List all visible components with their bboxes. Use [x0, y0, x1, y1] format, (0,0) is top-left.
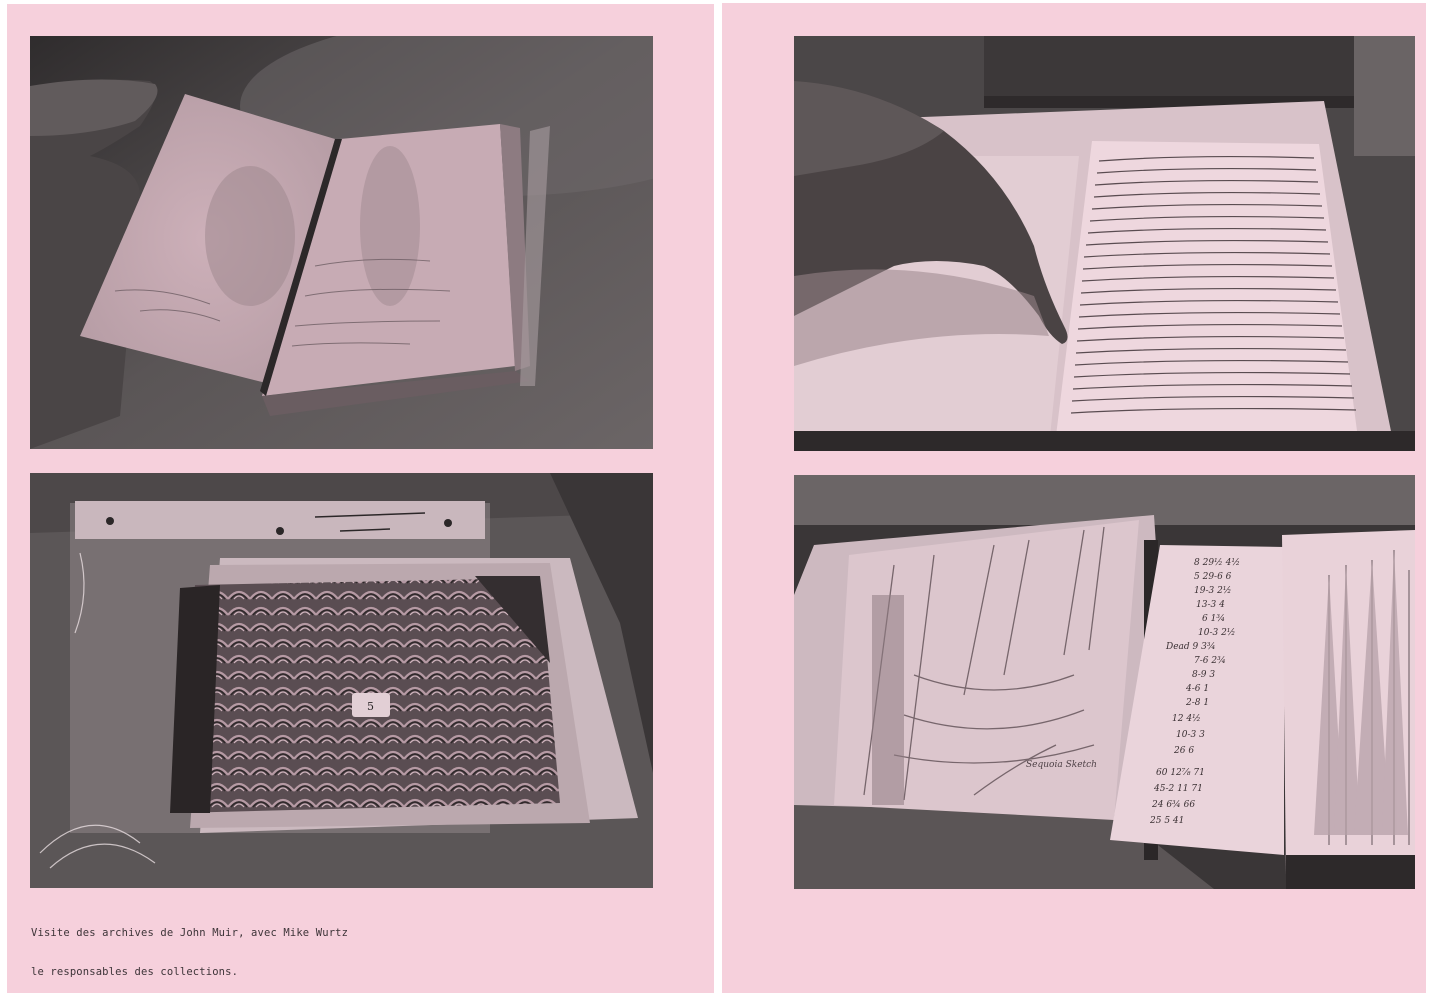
- svg-text:10-3 2½: 10-3 2½: [1198, 627, 1236, 638]
- caption-line-1: Visite des archives de John Muir, avec M…: [31, 927, 348, 940]
- svg-text:2-8 1: 2-8 1: [1185, 698, 1209, 708]
- photo-manuscript-pointing: [794, 36, 1415, 451]
- sketchbook-sequoias-image: Sequoia Sketch 8 29½ 4½ 5 29-6 6 19-3 2½…: [794, 475, 1415, 889]
- left-page: 5 Visite des archives de John Muir, avec…: [7, 4, 714, 993]
- svg-text:4-6 1: 4-6 1: [1185, 684, 1209, 694]
- right-page: Sequoia Sketch 8 29½ 4½ 5 29-6 6 19-3 2½…: [722, 3, 1426, 993]
- svg-text:45-2 11 71: 45-2 11 71: [1153, 784, 1203, 794]
- svg-text:8-9 3: 8-9 3: [1192, 670, 1215, 680]
- svg-text:60 12⅞ 71: 60 12⅞ 71: [1156, 768, 1205, 778]
- svg-text:6 1¾: 6 1¾: [1202, 613, 1225, 624]
- svg-text:19-3 2½: 19-3 2½: [1194, 585, 1232, 596]
- notebook-open-image: [30, 36, 653, 449]
- svg-text:7-6 2¾: 7-6 2¾: [1194, 655, 1226, 666]
- marbled-notebook-image: 5: [30, 473, 653, 888]
- sketch-label: Sequoia Sketch: [1026, 760, 1097, 770]
- caption-line-2: le responsables des collections.: [31, 966, 348, 979]
- svg-text:Dead 9 3¾: Dead 9 3¾: [1165, 641, 1216, 652]
- svg-text:12 4½: 12 4½: [1172, 713, 1201, 724]
- svg-text:25 5 41: 25 5 41: [1149, 816, 1184, 826]
- svg-text:8 29½ 4½: 8 29½ 4½: [1194, 557, 1240, 568]
- photo-sketchbook-sequoias: Sequoia Sketch 8 29½ 4½ 5 29-6 6 19-3 2½…: [794, 475, 1415, 889]
- photo-marbled-notebook: 5: [30, 473, 653, 888]
- svg-text:24 6¾ 66: 24 6¾ 66: [1151, 799, 1195, 810]
- svg-text:13-3 4: 13-3 4: [1196, 600, 1225, 610]
- svg-text:26 6: 26 6: [1173, 746, 1194, 756]
- photo-caption: Visite des archives de John Muir, avec M…: [31, 901, 348, 1000]
- manuscript-pointing-image: [794, 36, 1415, 451]
- photo-notebook-open: [30, 36, 653, 449]
- svg-text:10-3 3: 10-3 3: [1176, 730, 1205, 740]
- svg-text:5 29-6 6: 5 29-6 6: [1194, 572, 1232, 582]
- svg-text:5: 5: [367, 700, 374, 713]
